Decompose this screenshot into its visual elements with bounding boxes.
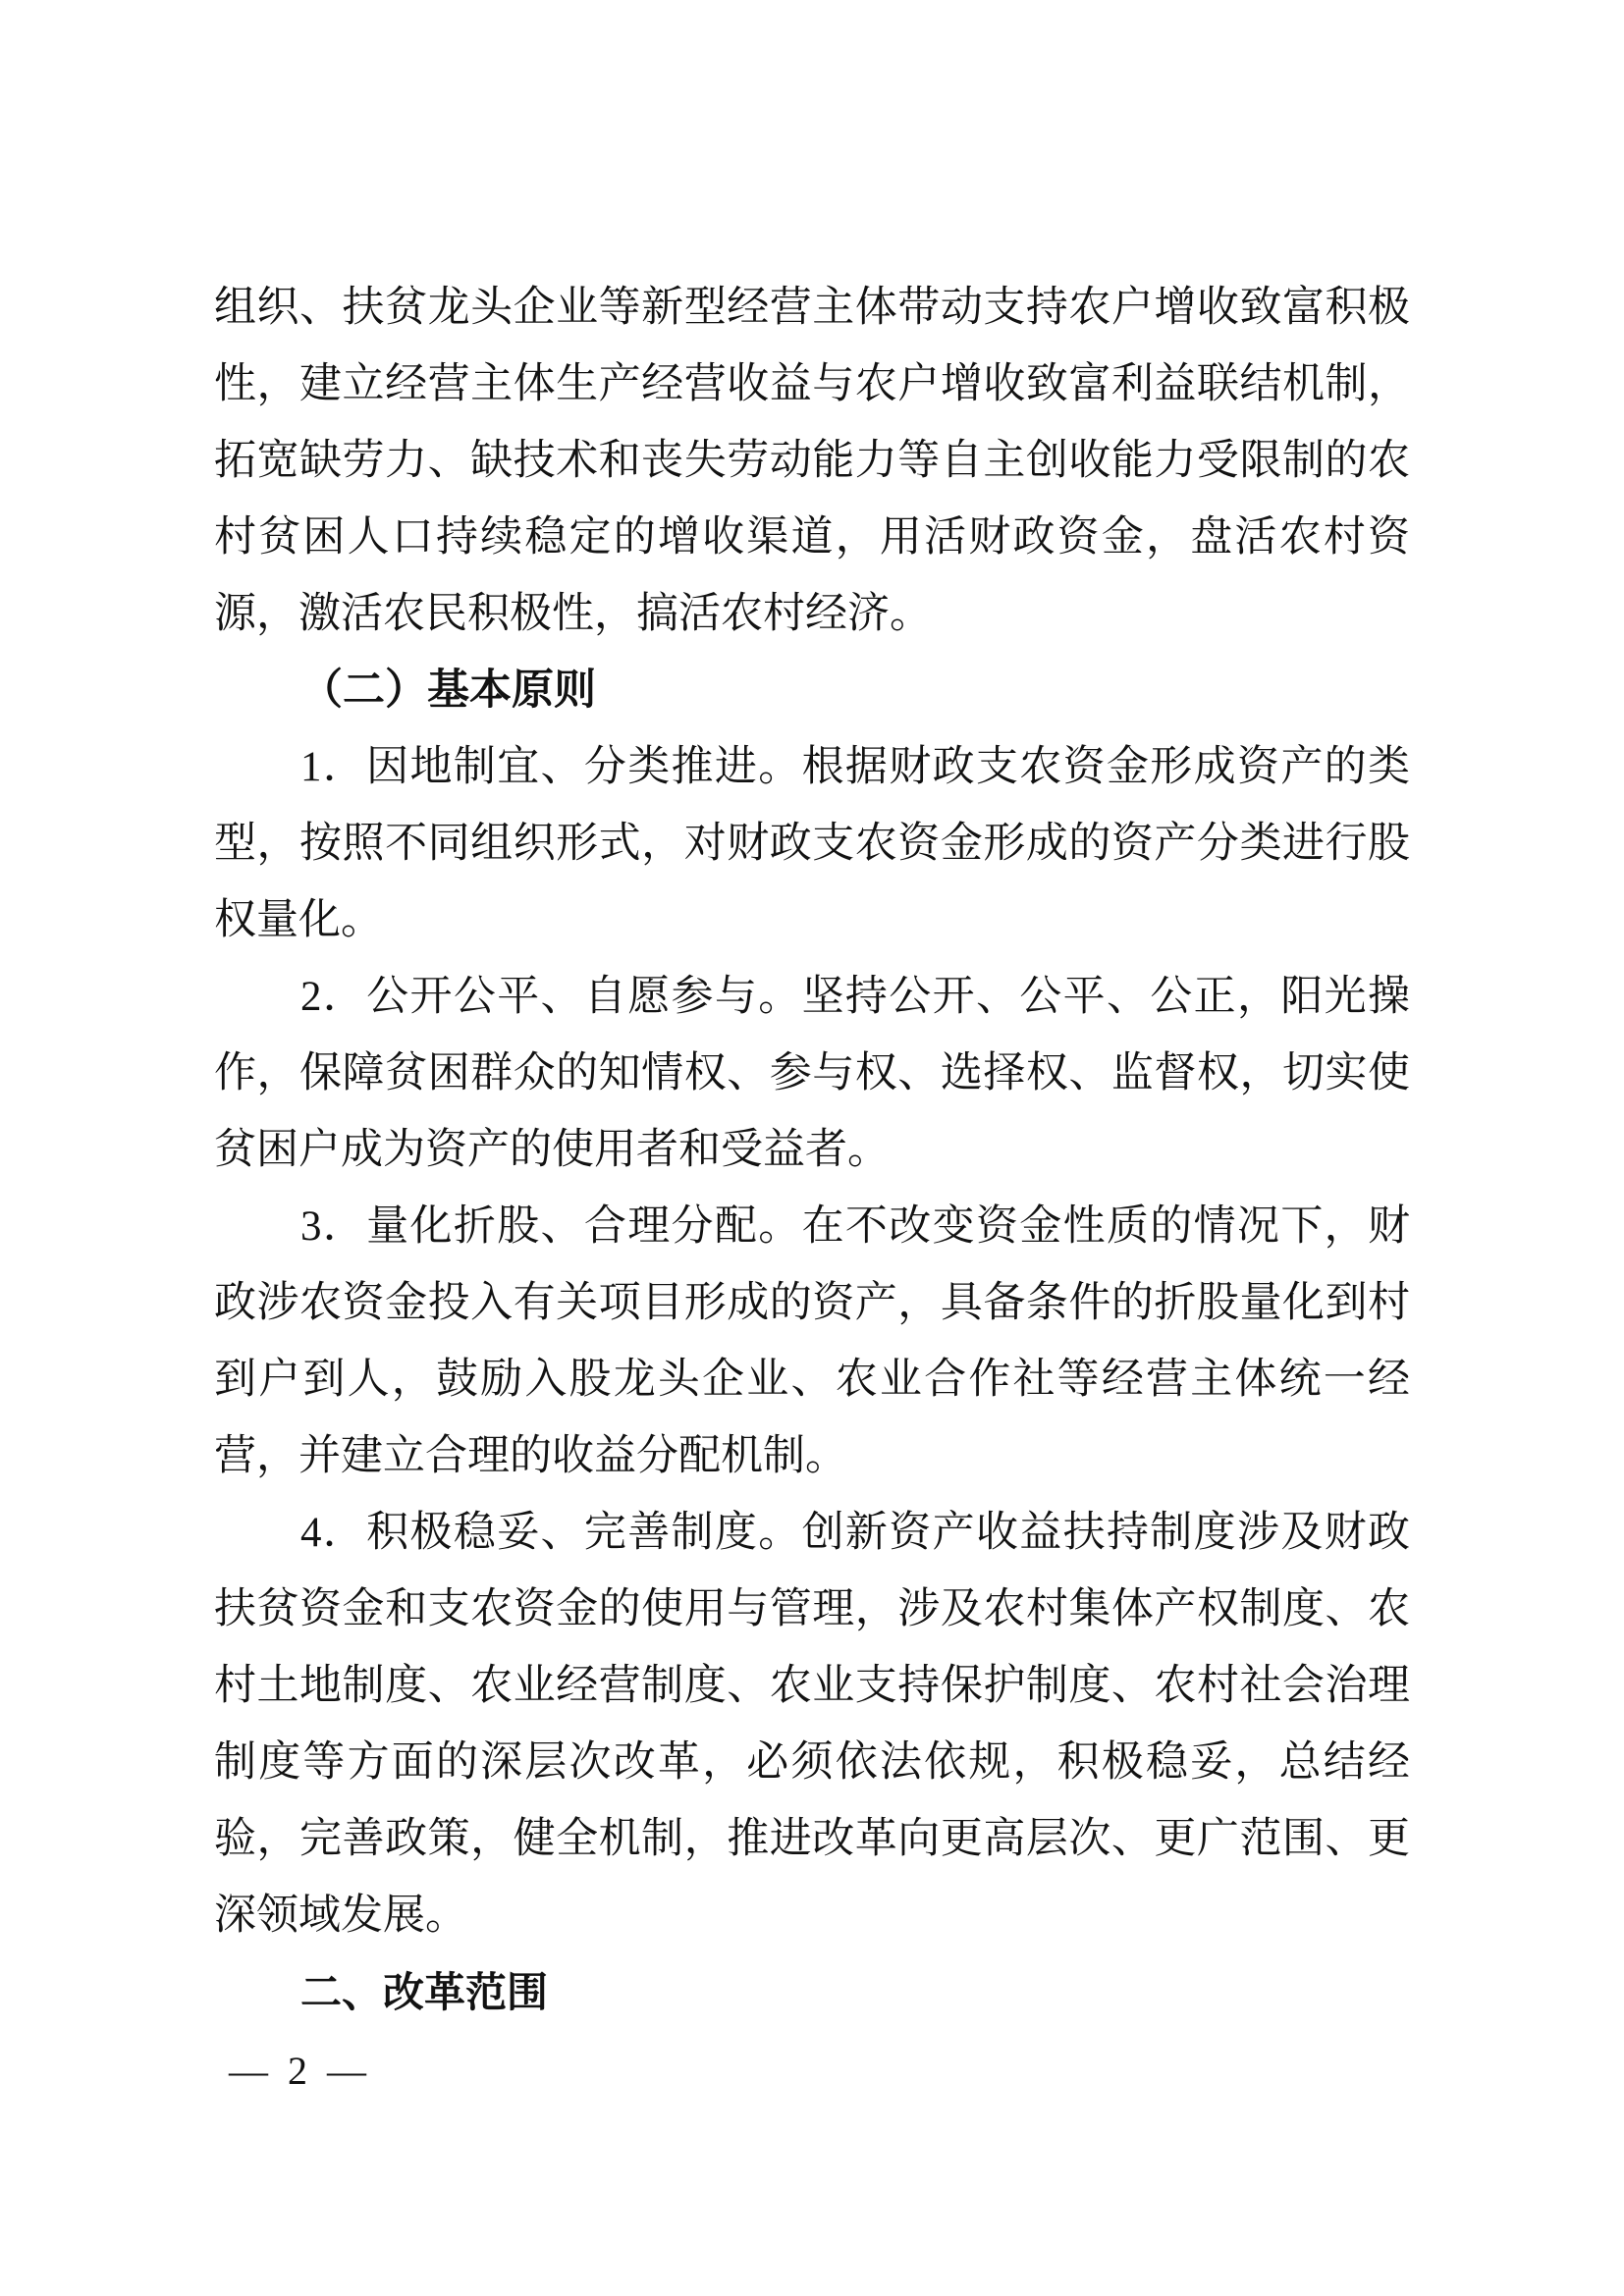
text-line: 组织、扶贫龙头企业等新型经营主体带动支持农户增收致富积极 — [214, 270, 1410, 347]
text-line: 扶贫资金和支农资金的使用与管理，涉及农村集体产权制度、农 — [214, 1572, 1410, 1648]
text-line: 营，并建立合理的收益分配机制。 — [214, 1418, 1410, 1495]
text-line: 政涉农资金投入有关项目形成的资产，具备条件的折股量化到村 — [214, 1265, 1410, 1342]
text-line: 验，完善政策，健全机制，推进改革向更高层次、更广范围、更 — [214, 1801, 1410, 1878]
text-line: 二、改革范围 — [214, 1954, 1410, 2031]
text-line: 型，按照不同组织形式，对财政支农资金形成的资产分类进行股 — [214, 806, 1410, 882]
text-line: 拓宽缺劳力、缺技术和丧失劳动能力等自主创收能力受限制的农 — [214, 423, 1410, 500]
text-line: 源，激活农民积极性，搞活农村经济。 — [214, 576, 1410, 653]
document-page: 组织、扶贫龙头企业等新型经营主体带动支持农户增收致富积极性，建立经营主体生产经营… — [0, 0, 1624, 2296]
text-line: 2．公开公平、自愿参与。坚持公开、公平、公正，阳光操 — [214, 959, 1410, 1036]
text-line: 贫困户成为资产的使用者和受益者。 — [214, 1112, 1410, 1189]
text-line: 作，保障贫困群众的知情权、参与权、选择权、监督权，切实使 — [214, 1036, 1410, 1112]
page-number: — 2 — — [229, 2049, 366, 2093]
text-line: 到户到人，鼓励入股龙头企业、农业合作社等经营主体统一经 — [214, 1342, 1410, 1418]
text-line: 制度等方面的深层次改革，必须依法依规，积极稳妥，总结经 — [214, 1725, 1410, 1801]
text-line: 4．积极稳妥、完善制度。创新资产收益扶持制度涉及财政 — [214, 1495, 1410, 1572]
page-footer: — 2 — — [229, 2050, 366, 2093]
text-line: （二）基本原则 — [214, 653, 1410, 729]
document-body: 组织、扶贫龙头企业等新型经营主体带动支持农户增收致富积极性，建立经营主体生产经营… — [214, 270, 1410, 2031]
text-line: 1．因地制宜、分类推进。根据财政支农资金形成资产的类 — [214, 729, 1410, 806]
text-line: 性，建立经营主体生产经营收益与农户增收致富利益联结机制， — [214, 347, 1410, 423]
text-line: 村贫困人口持续稳定的增收渠道，用活财政资金，盘活农村资 — [214, 500, 1410, 576]
text-line: 深领域发展。 — [214, 1878, 1410, 1954]
text-line: 3．量化折股、合理分配。在不改变资金性质的情况下，财 — [214, 1189, 1410, 1265]
text-line: 村土地制度、农业经营制度、农业支持保护制度、农村社会治理 — [214, 1648, 1410, 1725]
text-line: 权量化。 — [214, 882, 1410, 959]
